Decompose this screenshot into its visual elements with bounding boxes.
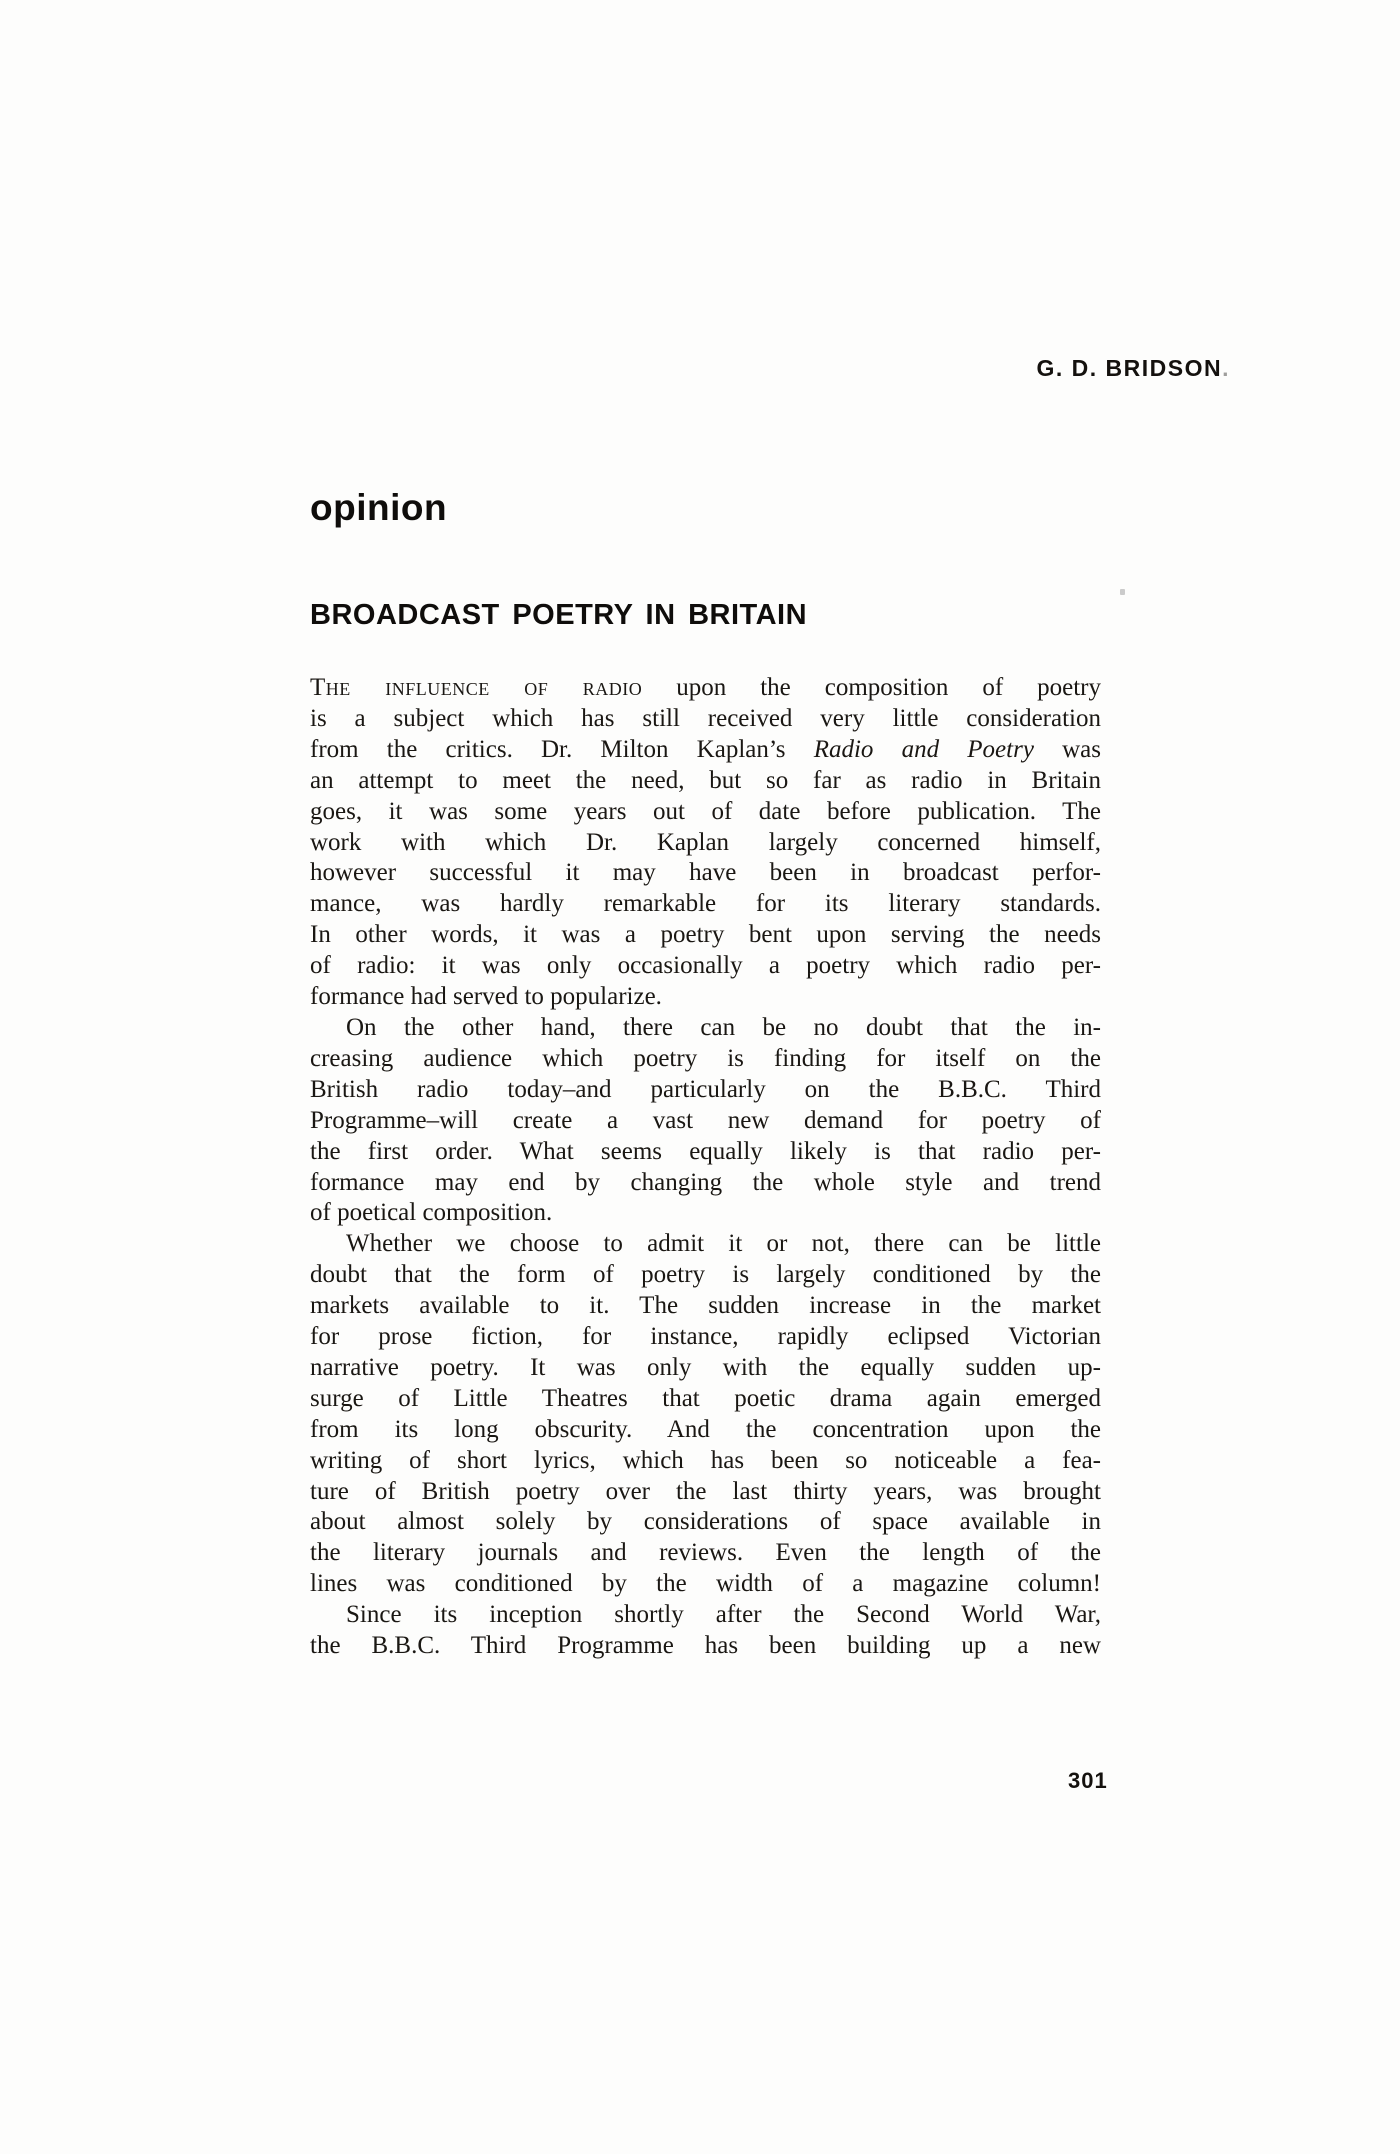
running-header: G. D. BRIDSON. bbox=[1036, 355, 1230, 382]
text-line: formance had served to popularize. bbox=[310, 982, 1101, 1013]
text-line: On the other hand, there can be no doubt… bbox=[310, 1013, 1101, 1044]
text-line: The influence of radio upon the composit… bbox=[310, 673, 1101, 704]
scan-artifact-speck bbox=[1120, 589, 1125, 595]
text-line: however successful it may have been in b… bbox=[310, 858, 1101, 889]
text-line: work with which Dr. Kaplan largely conce… bbox=[310, 828, 1101, 859]
text-line: writing of short lyrics, which has been … bbox=[310, 1446, 1101, 1477]
text-line: Whether we choose to admit it or not, th… bbox=[310, 1229, 1101, 1260]
text-line: is a subject which has still received ve… bbox=[310, 704, 1101, 735]
article-title: BROADCAST POETRY IN BRITAIN bbox=[310, 599, 807, 632]
text-line: formance may end by changing the whole s… bbox=[310, 1168, 1101, 1199]
text-line: surge of Little Theatres that poetic dra… bbox=[310, 1384, 1101, 1415]
author-name: G. D. BRIDSON bbox=[1036, 355, 1222, 381]
text-line: lines was conditioned by the width of a … bbox=[310, 1569, 1101, 1600]
text-line: the B.B.C. Third Programme has been buil… bbox=[310, 1631, 1101, 1662]
text-line: of radio: it was only occasionally a poe… bbox=[310, 951, 1101, 982]
page-number: 301 bbox=[1068, 1768, 1108, 1794]
text-line: an attempt to meet the need, but so far … bbox=[310, 766, 1101, 797]
text-line: goes, it was some years out of date befo… bbox=[310, 797, 1101, 828]
section-label: opinion bbox=[310, 487, 447, 529]
text-line: ture of British poetry over the last thi… bbox=[310, 1477, 1101, 1508]
text-line: from the critics. Dr. Milton Kaplan’s Ra… bbox=[310, 735, 1101, 766]
text-line: for prose fiction, for instance, rapidly… bbox=[310, 1322, 1101, 1353]
text-line: mance, was hardly remarkable for its lit… bbox=[310, 889, 1101, 920]
text-line: In other words, it was a poetry bent upo… bbox=[310, 920, 1101, 951]
text-line: markets available to it. The sudden incr… bbox=[310, 1291, 1101, 1322]
text-line: doubt that the form of poetry is largely… bbox=[310, 1260, 1101, 1291]
scan-artifact-period: . bbox=[1222, 355, 1230, 381]
article-body: The influence of radio upon the composit… bbox=[310, 673, 1101, 1662]
text-line: the literary journals and reviews. Even … bbox=[310, 1538, 1101, 1569]
text-line: of poetical composition. bbox=[310, 1198, 1101, 1229]
text-line: Programme–will create a vast new demand … bbox=[310, 1106, 1101, 1137]
document-page: G. D. BRIDSON. opinion BROADCAST POETRY … bbox=[0, 0, 1400, 2154]
text-line: British radio today–and particularly on … bbox=[310, 1075, 1101, 1106]
text-line: narrative poetry. It was only with the e… bbox=[310, 1353, 1101, 1384]
text-line: from its long obscurity. And the concent… bbox=[310, 1415, 1101, 1446]
text-line: creasing audience which poetry is findin… bbox=[310, 1044, 1101, 1075]
text-line: the first order. What seems equally like… bbox=[310, 1137, 1101, 1168]
text-line: about almost solely by considerations of… bbox=[310, 1507, 1101, 1538]
text-line: Since its inception shortly after the Se… bbox=[310, 1600, 1101, 1631]
